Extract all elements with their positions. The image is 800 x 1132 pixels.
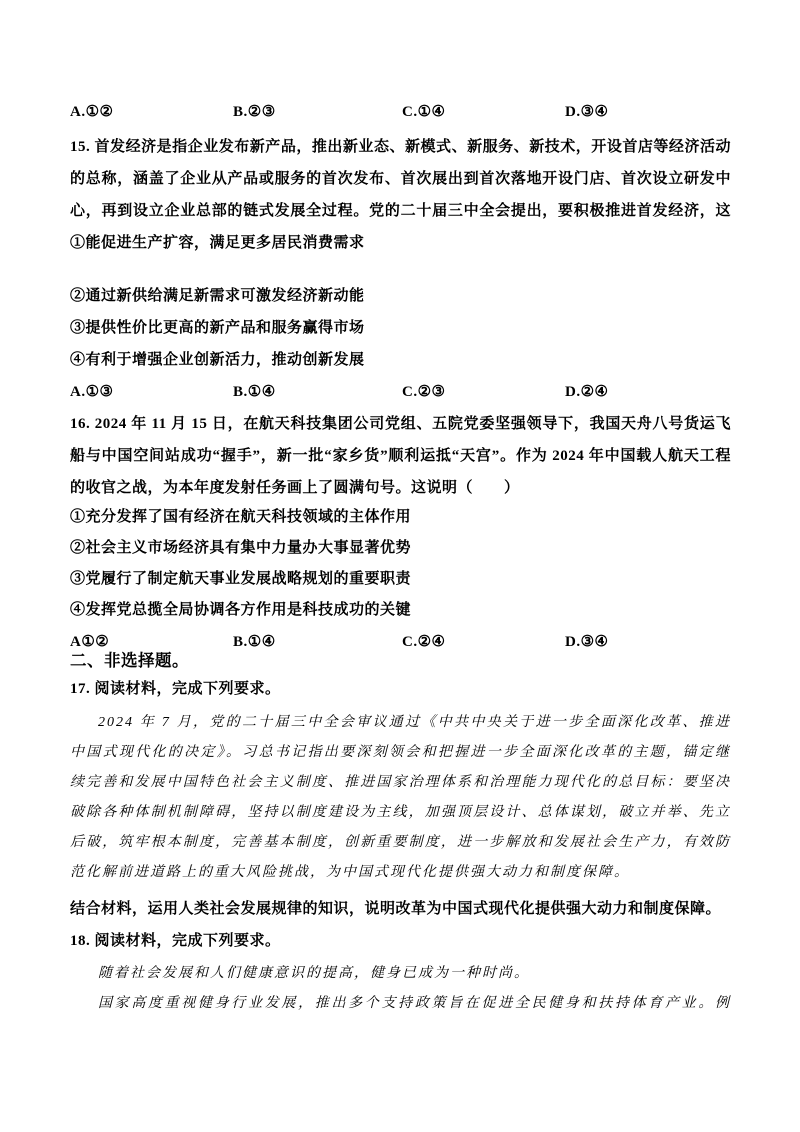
option-b: B.②③ <box>233 96 402 128</box>
question-16-choices: ①充分发挥了国有经济在航天科技领域的主体作用 ②社会主义市场经济具有集中力量办大… <box>70 502 731 626</box>
option-d: D.②④ <box>565 376 731 408</box>
option-d: D.③④ <box>565 626 731 658</box>
question-17-prompt: 17. 阅读材料，完成下列要求。 <box>70 673 731 705</box>
question-18-material-2: 国家高度重视健身行业发展，推出多个支持政策旨在促进全民健身和扶持体育产业。例如，… <box>70 989 731 1019</box>
option-c: C.①④ <box>402 96 565 128</box>
question-17-task: 结合材料，运用人类社会发展规律的知识，说明改革为中国式现代化提供强大动力和制度保… <box>70 893 731 925</box>
choice-1: ①能促进生产扩容，满足更多居民消费需求 <box>70 227 731 259</box>
option-a: A.①② <box>70 96 233 128</box>
option-b: B.①④ <box>233 376 402 408</box>
choice-2: ②通过新供给满足新需求可激发经济新动能 <box>70 280 731 312</box>
choice-2: ②社会主义市场经济具有集中力量办大事显著优势 <box>70 533 731 564</box>
answer-options-row-q14: A.①② B.②③ C.①④ D.③④ <box>70 96 731 128</box>
question-15-choices: ①能促进生产扩容，满足更多居民消费需求 ②通过新供给满足新需求可激发经济新动能 … <box>70 227 731 376</box>
choice-3: ③提供性价比更高的新产品和服务赢得市场 <box>70 312 731 344</box>
exam-page: A.①② B.②③ C.①④ D.③④ 15. 首发经济是指企业发布新产品，推出… <box>0 0 800 1132</box>
choice-1: ①充分发挥了国有经济在航天科技领域的主体作用 <box>70 502 731 533</box>
choice-4: ④有利于增强企业创新活力，推动创新发展 <box>70 344 731 376</box>
option-d: D.③④ <box>565 96 731 128</box>
question-18-prompt: 18. 阅读材料，完成下列要求。 <box>70 925 731 957</box>
option-c: C.②③ <box>402 376 565 408</box>
choice-3: ③党履行了制定航天事业发展战略规划的重要职责 <box>70 564 731 595</box>
option-c: C.②④ <box>402 626 565 658</box>
option-a: A.①③ <box>70 376 233 408</box>
choice-4: ④发挥党总揽全局协调各方作用是科技成功的关键 <box>70 595 731 626</box>
question-17-material: 2024 年 7 月，党的二十届三中全会审议通过《中共中央关于进一步全面深化改革… <box>70 708 731 888</box>
question-18-material-1: 随着社会发展和人们健康意识的提高，健身已成为一种时尚。 <box>70 959 731 989</box>
question-16-stem: 16. 2024 年 11 月 15 日，在航天科技集团公司党组、五院党委坚强领… <box>70 408 731 502</box>
question-15-stem: 15. 首发经济是指企业发布新产品，推出新业态、新模式、新服务、新技术，开设首店… <box>70 131 731 227</box>
answer-options-row-q15: A.①③ B.①④ C.②③ D.②④ <box>70 376 731 408</box>
option-b: B.①④ <box>233 626 402 658</box>
